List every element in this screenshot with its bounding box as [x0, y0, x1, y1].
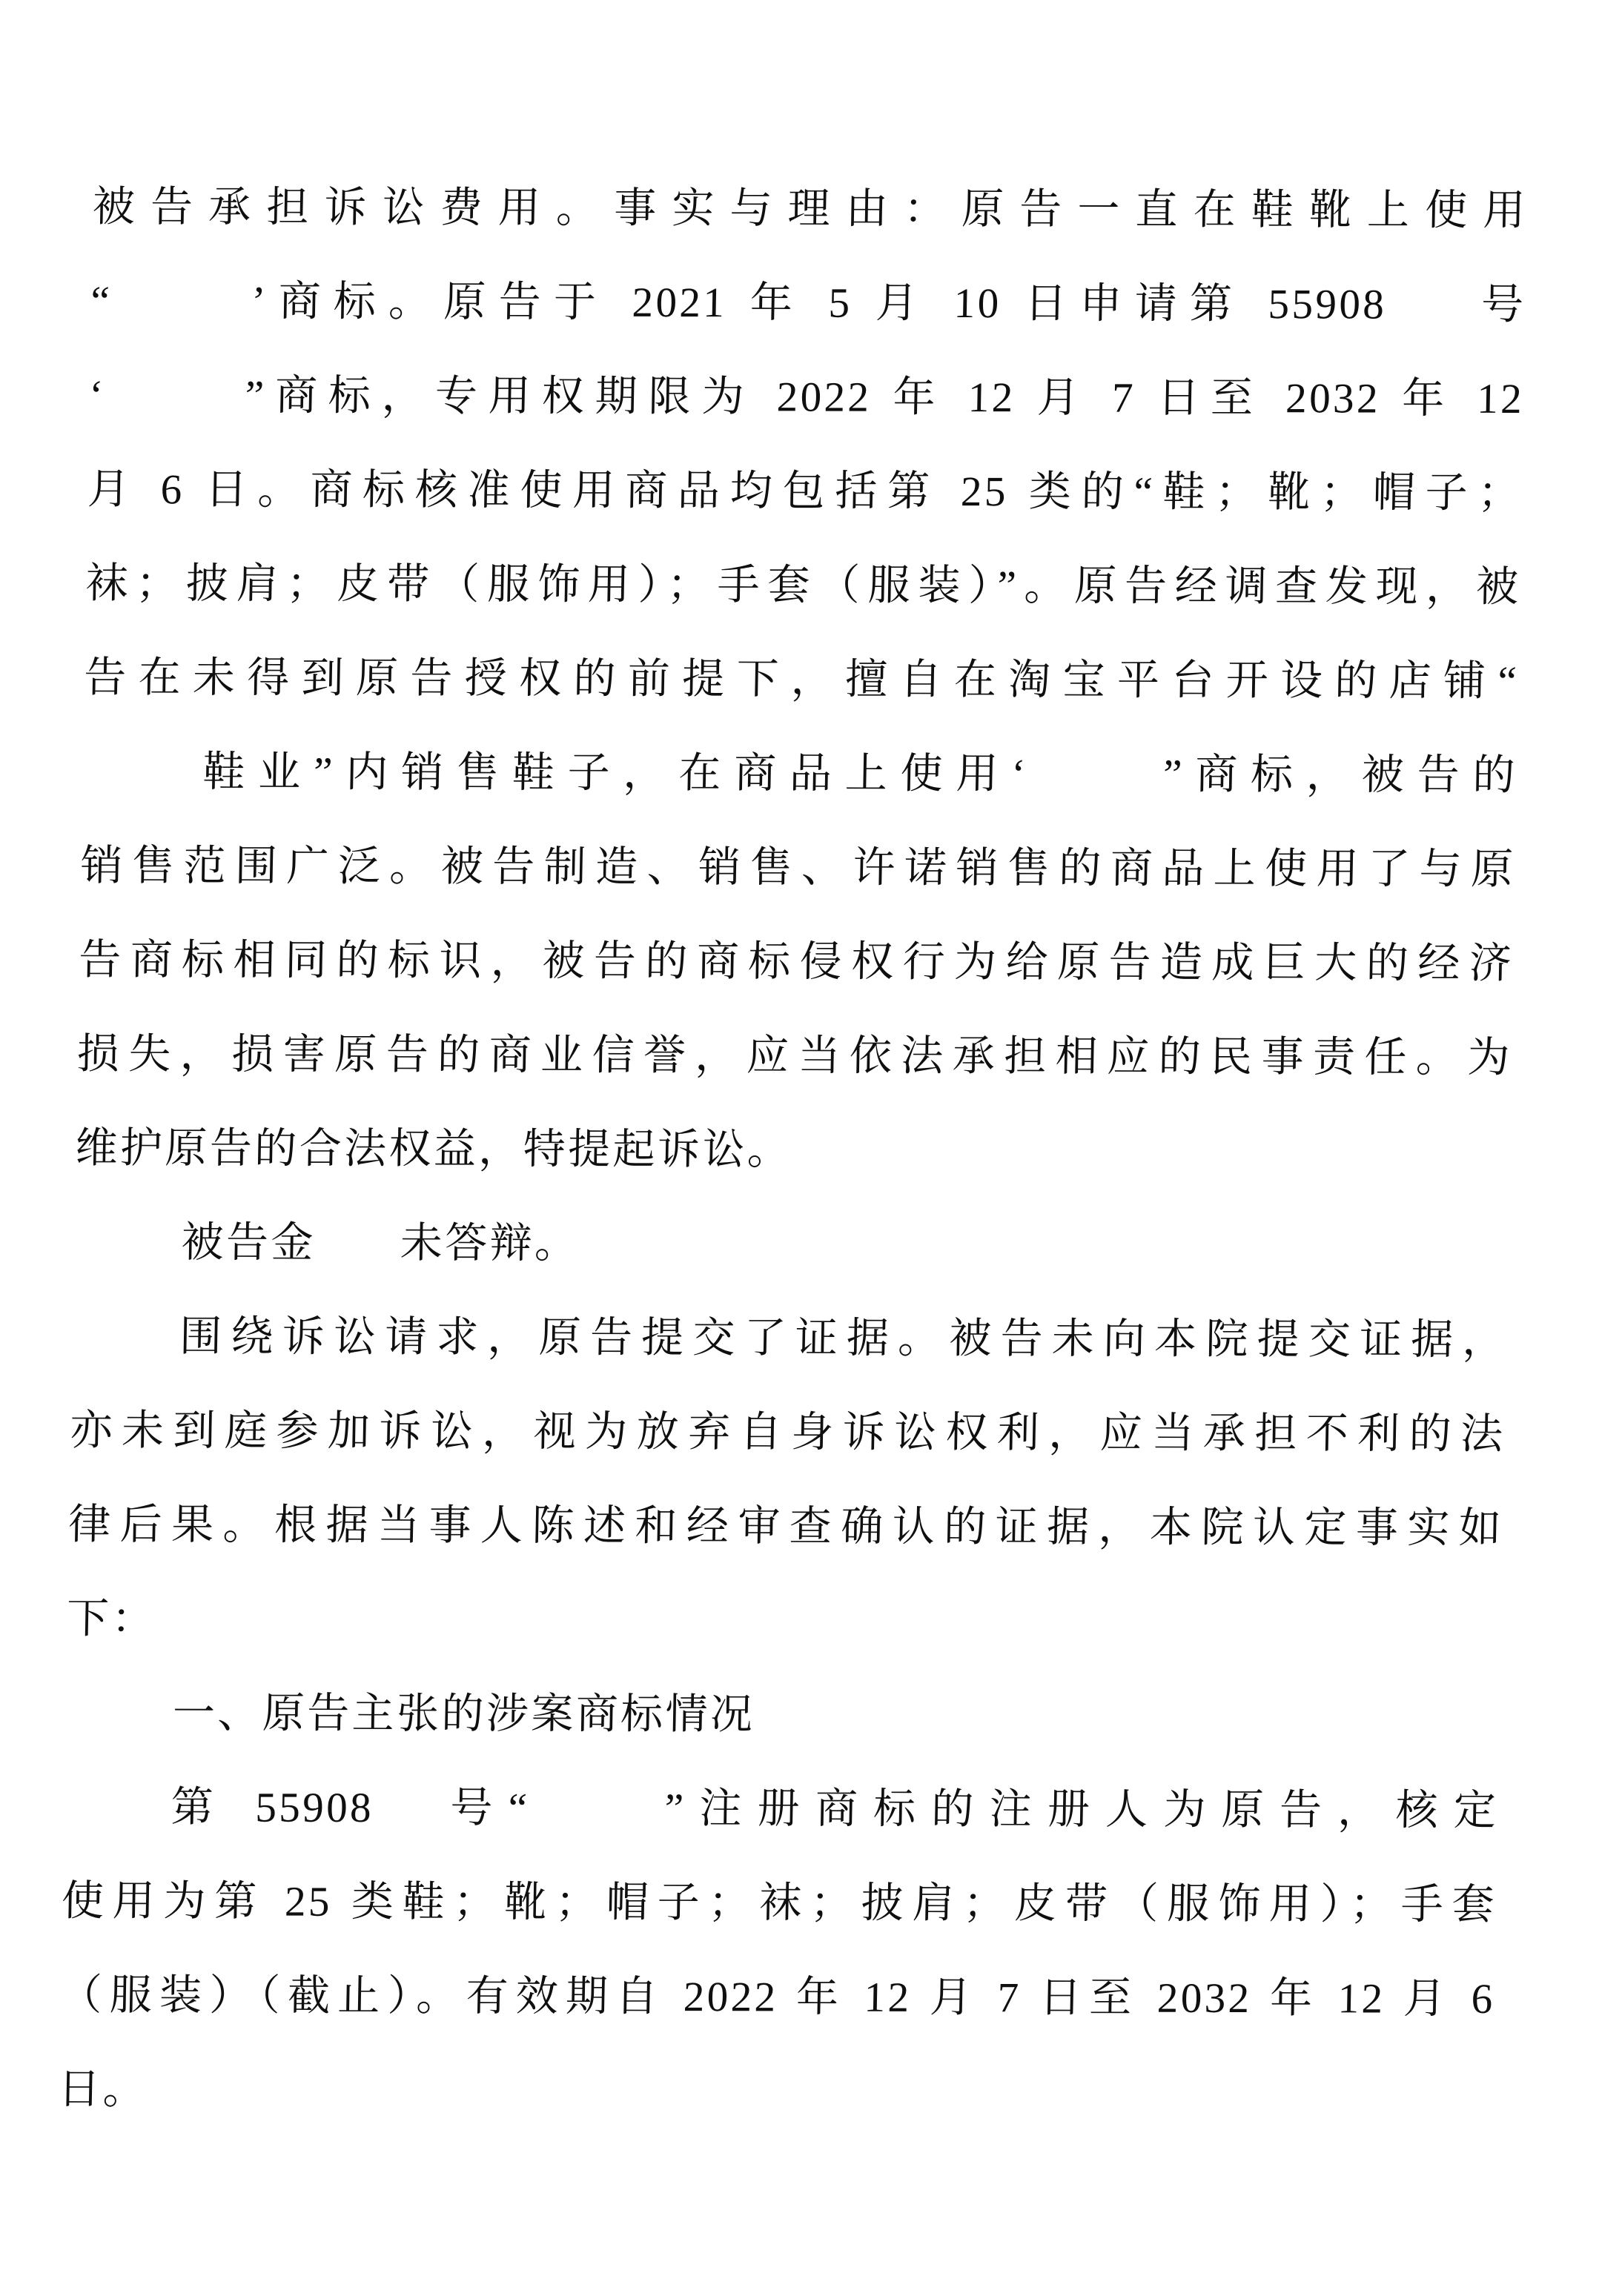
text-run: （服装）（截止）。有效期自 2022 年 12 月 7 日至 2032 年 12… — [59, 1972, 1495, 2023]
document-line: 告商标相同的标识，被告的商标侵权行为给原告造成巨大的经济 — [78, 913, 1515, 1011]
text-run: ’商标。原告于 2021 年 5 月 10 日申请第 55908 — [251, 279, 1387, 328]
text-run: 告在未得到原告授权的前提下，擅自在淘宝平台开设的店铺“ — [84, 654, 1520, 705]
text-run: 号 — [1471, 282, 1526, 328]
redacted-area — [105, 367, 245, 409]
text-run: ”注册商标的注册人为原告，核定 — [664, 1785, 1499, 1834]
text-run: 鞋业”内销售鞋子，在商品上使用‘ — [191, 749, 1028, 797]
text-run: 被告金 — [181, 1219, 316, 1266]
text-run: 第 55908 — [171, 1784, 374, 1831]
document-line: 使用为第 25 类鞋；靴；帽子；袜；披肩；皮带（服饰用）；手套 — [61, 1854, 1497, 1952]
document-line: 维护原告的合法权益，特提起诉讼。 — [74, 1101, 1511, 1199]
document-line: 日。 — [57, 2043, 1494, 2140]
text-run: “ — [90, 278, 113, 325]
text-run: 告商标相同的标识，被告的商标侵权行为给原告造成巨大的经济 — [79, 937, 1515, 987]
text-run: 月 6 日。商标核准使用商品均包括第 25 类的“鞋；靴；帽子； — [87, 466, 1523, 517]
document-line: 一、原告主张的涉案商标情况 — [64, 1666, 1500, 1764]
document-line: 损失，损害原告的商业信誉，应当依法承担相应的民事责任。为 — [76, 1007, 1513, 1105]
redacted-area — [112, 273, 252, 315]
document-text-block: 被告承担诉讼费用。事实与理由：原告一直在鞋靴上使用“’商标。原告于 2021 年… — [57, 160, 1529, 2140]
document-line: 鞋业”内销售鞋子，在商品上使用‘”商标，被告的 — [82, 725, 1518, 823]
text-run: ‘ — [89, 372, 107, 419]
text-run: 损失，损害原告的商业信誉，应当依法承担相应的民事责任。为 — [76, 1031, 1512, 1081]
document-line: 下： — [66, 1572, 1503, 1670]
text-run: ”商标，被告的 — [1163, 751, 1518, 799]
text-run: 围绕诉讼请求，原告提交了证据。被告未向本院提交证据， — [179, 1313, 1508, 1364]
text-run: 律后果。根据当事人陈述和经审查确认的证据，本院认定事实如 — [68, 1502, 1504, 1552]
text-run: 亦未到庭参加诉讼，视为放弃自身诉讼权利，应当承担不利的法 — [70, 1407, 1506, 1458]
document-line: 月 6 日。商标核准使用商品均包括第 25 类的“鞋；靴；帽子； — [87, 442, 1523, 540]
redacted-area — [1386, 276, 1472, 319]
text-run: 号“ — [437, 1785, 530, 1831]
text-run: 下： — [66, 1596, 156, 1642]
document-line: “’商标。原告于 2021 年 5 月 10 日申请第 55908号 — [90, 254, 1526, 352]
text-run: 日。 — [58, 2066, 148, 2113]
text-run: 未答辩。 — [400, 1220, 580, 1267]
text-run: 袜；披肩；皮带（服饰用）；手套（服装）”。原告经调查发现，被 — [85, 560, 1521, 611]
text-run: 维护原告的合法权益，特提起诉讼。 — [75, 1125, 792, 1174]
document-line: 律后果。根据当事人陈述和经审查确认的证据，本院认定事实如 — [67, 1478, 1504, 1576]
redacted-area — [82, 743, 193, 786]
document-line: （服装）（截止）。有效期自 2022 年 12 月 7 日至 2032 年 12… — [59, 1948, 1495, 2046]
redacted-area — [374, 1779, 438, 1822]
text-run: 使用为第 25 类鞋；靴；帽子；袜；披肩；皮带（服饰用）；手套 — [61, 1878, 1497, 1928]
document-line: 告在未得到原告授权的前提下，擅自在淘宝平台开设的店铺“ — [83, 631, 1520, 729]
text-run: ”商标，专用权期限为 2022 年 12 月 7 日至 2032 年 12 — [245, 373, 1525, 423]
document-line: 被告承担诉讼费用。事实与理由：原告一直在鞋靴上使用 — [92, 160, 1529, 258]
court-document-page: 被告承担诉讼费用。事实与理由：原告一直在鞋靴上使用“’商标。原告于 2021 年… — [0, 0, 1622, 2296]
document-line: 被告金未答辩。 — [73, 1195, 1509, 1293]
redacted-area — [1027, 746, 1163, 788]
text-run: 被告承担诉讼费用。事实与理由：原告一直在鞋靴上使用 — [92, 184, 1528, 234]
document-line: ‘”商标，专用权期限为 2022 年 12 月 7 日至 2032 年 12 — [88, 348, 1525, 446]
text-run: 销售范围广泛。被告制造、销售、许诺销售的商品上使用了与原 — [80, 843, 1516, 893]
document-line: 围绕诉讼请求，原告提交了证据。被告未向本院提交证据， — [71, 1290, 1508, 1387]
document-line: 亦未到庭参加诉讼，视为放弃自身诉讼权利，应当承担不利的法 — [69, 1384, 1506, 1482]
document-line: 销售范围广泛。被告制造、销售、许诺销售的商品上使用了与原 — [79, 819, 1516, 917]
document-line: 第 55908号“”注册商标的注册人为原告，核定 — [62, 1760, 1499, 1858]
redacted-area — [316, 1215, 401, 1257]
document-line: 袜；披肩；皮带（服饰用）；手套（服装）”。原告经调查发现，被 — [85, 537, 1521, 634]
redacted-area — [529, 1780, 665, 1822]
text-run: 一、原告主张的涉案商标情况 — [172, 1690, 755, 1738]
